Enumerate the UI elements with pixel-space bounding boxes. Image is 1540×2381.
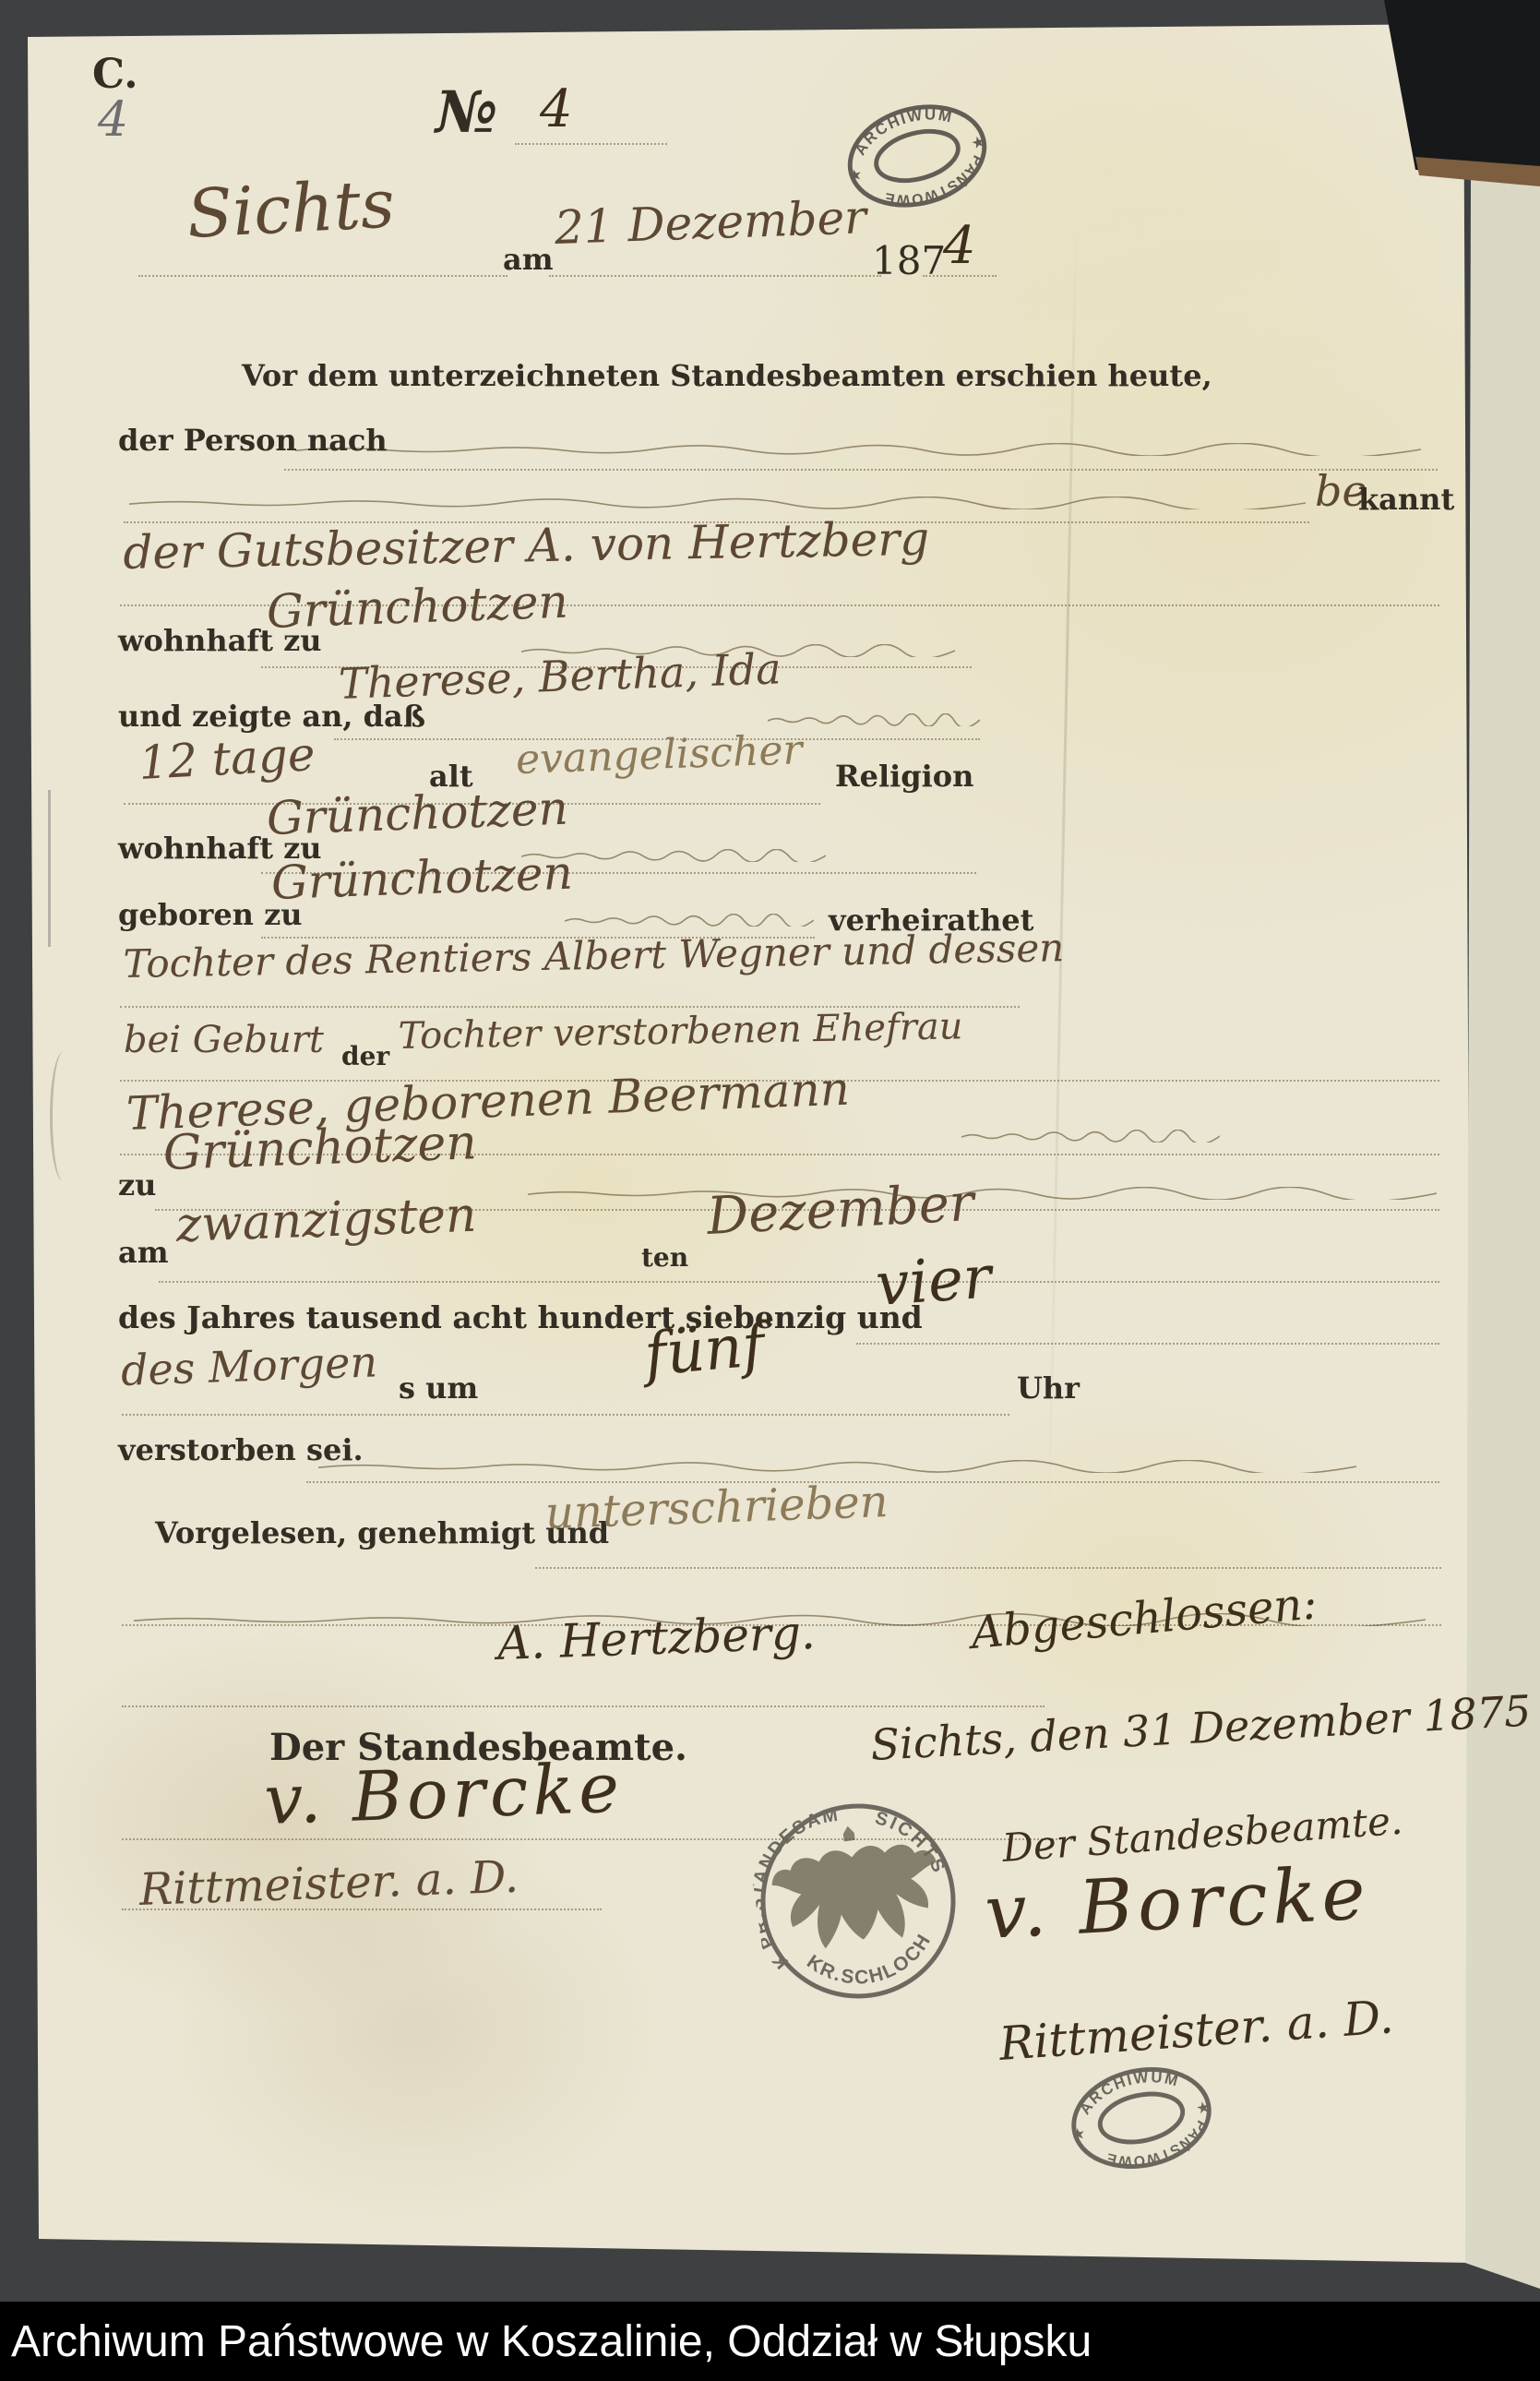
- dotted-rule: [535, 1567, 1441, 1569]
- dotted-rule: [284, 469, 1438, 471]
- year-printed: 187: [872, 238, 946, 283]
- religion-label: Religion: [835, 759, 973, 794]
- ten-label: ten: [641, 1242, 688, 1273]
- person-nach-label: der Person nach: [118, 423, 388, 458]
- wohnhaft2-entry: Grünchotzen: [266, 782, 569, 845]
- dotted-rule: [122, 1414, 1009, 1416]
- dotted-rule: [856, 1343, 1439, 1345]
- ink-strike-line: [528, 1187, 1437, 1200]
- pencil-margin-mark: [50, 1052, 77, 1181]
- archival-photo: C. 4 № 4 Sichts am 21 Dezember 187 4 ARC…: [0, 0, 1540, 2381]
- registrar-signature: v. Borcke: [263, 1748, 625, 1840]
- closing-label: Vorgelesen, genehmigt und: [155, 1515, 609, 1550]
- time-entry-2: fünf: [642, 1311, 768, 1390]
- age-entry: 12 tage: [137, 727, 316, 790]
- parent-line2a-entry: bei Geburt: [124, 1019, 324, 1061]
- geboren-entry: Grünchotzen: [270, 846, 574, 910]
- record-number-label: №: [436, 78, 497, 146]
- ink-strike-line: [961, 1130, 1220, 1143]
- record-number-value: 4: [540, 79, 573, 139]
- s-um-label: s um: [399, 1370, 478, 1406]
- zu-entry: Grünchotzen: [162, 1115, 478, 1181]
- am2-label: am: [118, 1235, 169, 1270]
- form-letter-mark: C.: [92, 51, 138, 98]
- archive-caption-bar: Archiwum Państwowe w Koszalinie, Oddział…: [0, 2302, 1540, 2381]
- pencil-margin-line: [48, 790, 51, 947]
- ink-strike-line: [295, 443, 1421, 456]
- year-entry: 4: [943, 216, 976, 276]
- dotted-rule: [138, 275, 507, 277]
- verstorben-label: verstorben sei.: [118, 1432, 364, 1467]
- ink-strike-line: [318, 1460, 1356, 1473]
- year-line-entry: vier: [874, 1243, 994, 1320]
- archive-caption-text: Archiwum Państwowe w Koszalinie, Oddział…: [0, 2316, 1092, 2367]
- dotted-rule: [122, 1705, 1045, 1707]
- declarant-signature: A. Hertzberg.: [496, 1606, 817, 1670]
- kannt-label: kannt: [1358, 482, 1454, 517]
- place-entry: Sichts: [185, 164, 397, 253]
- ink-strike-line: [768, 713, 980, 726]
- time-entry-1: des Morgen: [120, 1336, 378, 1395]
- year-line-label: des Jahres tausend acht hundert siebenzi…: [118, 1299, 923, 1335]
- wohnhaft-entry: Grünchotzen: [266, 575, 569, 639]
- religion-entry: evangelischer: [515, 726, 803, 784]
- der-label: der: [341, 1041, 389, 1071]
- dotted-rule: [159, 1281, 1439, 1283]
- day-entry: zwanzigsten: [175, 1188, 477, 1253]
- ink-strike-line: [129, 497, 1306, 509]
- star-icon: ★: [848, 167, 865, 185]
- am-label: am: [503, 242, 554, 277]
- star-icon: ★: [1071, 2126, 1087, 2144]
- registry-seal-stamp: K.PR.STANDESAMT SICHTS KR.SCHLOCHAU: [744, 1787, 973, 2016]
- dotted-rule: [549, 275, 881, 277]
- dotted-rule: [515, 143, 667, 145]
- uhr-label: Uhr: [1017, 1370, 1080, 1406]
- date-entry: 21 Dezember: [554, 190, 867, 255]
- intro-line: Vor dem unterzeichneten Standesbeamten e…: [242, 358, 1212, 393]
- ink-strike-line: [565, 914, 814, 927]
- pencil-number: 4: [98, 92, 128, 148]
- zu-label: zu: [118, 1167, 156, 1202]
